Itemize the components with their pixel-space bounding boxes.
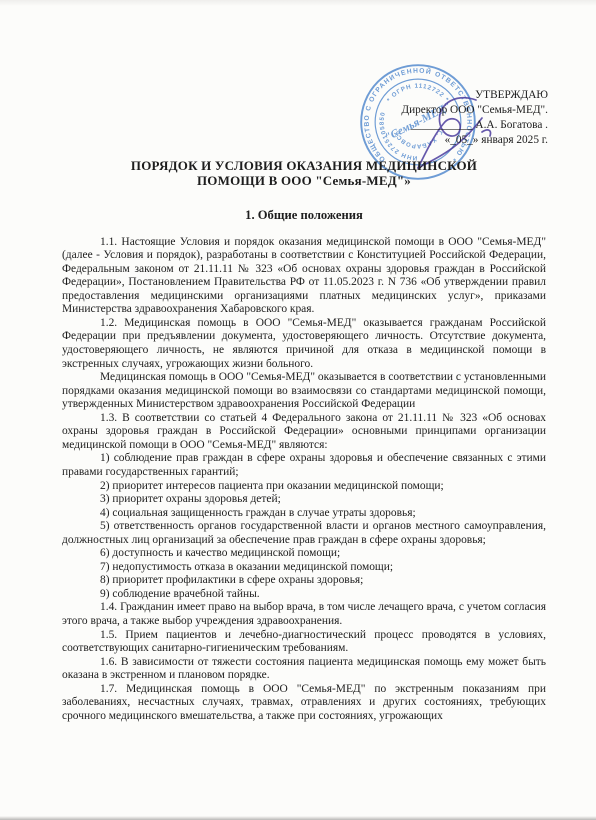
document-title: ПОРЯДОК И УСЛОВИЯ ОКАЗАНИЯ МЕДИЦИНСКОЙ П…: [62, 158, 546, 189]
approval-approve-label: УТВЕРЖДАЮ: [401, 88, 548, 103]
document-body: 1.1. Настоящие Условия и порядок оказани…: [62, 236, 546, 724]
approval-signature-line: ___________ А.А. Богатова .: [401, 118, 548, 133]
paragraph: Медицинская помощь в ООО "Семья-МЕД" ока…: [62, 371, 546, 412]
paragraph: 1.4. Гражданин имеет право на выбор врач…: [62, 601, 546, 628]
approval-director-line: Директор ООО "Семья-МЕД".: [401, 103, 548, 118]
document-title-line2: ПОМОЩИ В ООО "Семья-МЕД"»: [62, 173, 546, 188]
paragraph: 8) приоритет профилактики в сфере охраны…: [62, 574, 546, 588]
paragraph: 7) недопустимость отказа в оказании меди…: [62, 561, 546, 575]
paragraph: 2) приоритет интересов пациента при оказ…: [62, 480, 546, 494]
document-content: ПОРЯДОК И УСЛОВИЯ ОКАЗАНИЯ МЕДИЦИНСКОЙ П…: [62, 158, 546, 723]
paragraph: 4) социальная защищенность граждан в слу…: [62, 507, 546, 521]
paragraph: 1.6. В зависимости от тяжести состояния …: [62, 656, 546, 683]
paragraph: 3) приоритет охраны здоровья детей;: [62, 493, 546, 507]
paragraph: 9) соблюдение врачебной тайны.: [62, 588, 546, 602]
section-heading: 1. Общие положения: [62, 208, 546, 223]
paragraph: 1) соблюдение прав граждан в сфере охран…: [62, 452, 546, 479]
approval-date-line: «_05_» января 2025 г.: [401, 133, 548, 148]
paragraph: 1.7. Медицинская помощь в ООО "Семья-МЕД…: [62, 683, 546, 724]
paragraph: 1.2. Медицинская помощь в ООО "Семья-МЕД…: [62, 317, 546, 371]
paragraph: 1.3. В соответствии со статьей 4 Федерал…: [62, 412, 546, 453]
paragraph: 5) ответственность органов государственн…: [62, 520, 546, 547]
approval-block: УТВЕРЖДАЮ Директор ООО "Семья-МЕД". ____…: [401, 88, 548, 148]
paragraph: 1.1. Настоящие Условия и порядок оказани…: [62, 236, 546, 317]
document-page: ОБЩЕСТВО С ОГРАНИЧЕННОЙ ОТВЕТСТВЕННОСТЬЮ…: [0, 0, 596, 820]
paragraph: 6) доступность и качество медицинской по…: [62, 547, 546, 561]
paragraph: 1.5. Прием пациентов и лечебно-диагности…: [62, 629, 546, 656]
document-title-line1: ПОРЯДОК И УСЛОВИЯ ОКАЗАНИЯ МЕДИЦИНСКОЙ: [62, 158, 546, 173]
